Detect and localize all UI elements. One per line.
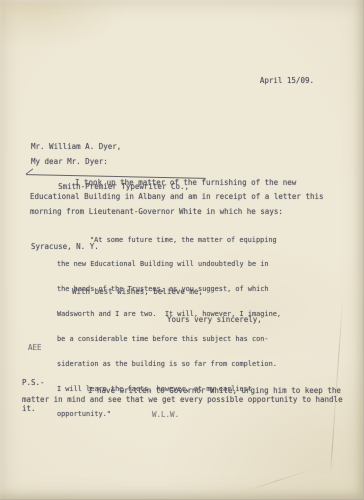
signoff: Yours very sincerely, — [167, 315, 262, 325]
quote-line: the new Educational Building will undoub… — [57, 260, 281, 268]
postscript-initials: W.L.W. — [152, 410, 179, 420]
paper-crease — [245, 469, 312, 492]
salutation: My dear Mr. Dyer: — [31, 157, 108, 167]
quote-line: sideration as the building is so far fro… — [57, 360, 281, 368]
quote-line: "At some future time, the matter of equi… — [57, 236, 281, 244]
letter-page: April 15/09. Mr. William A. Dyer, Smith-… — [0, 0, 364, 500]
letter-date: April 15/09. — [260, 76, 314, 86]
typist-initials: AEE — [28, 343, 42, 353]
closing-line: With best wishes, believe me, — [72, 287, 203, 297]
recipient-name: Mr. William A. Dyer, — [31, 142, 189, 152]
body-paragraph: I took up the matter of the furnishing o… — [30, 176, 334, 219]
quote-line: be a considerable time before this subje… — [57, 335, 281, 343]
postscript-text: I have written to Governor White, urging… — [22, 386, 348, 414]
